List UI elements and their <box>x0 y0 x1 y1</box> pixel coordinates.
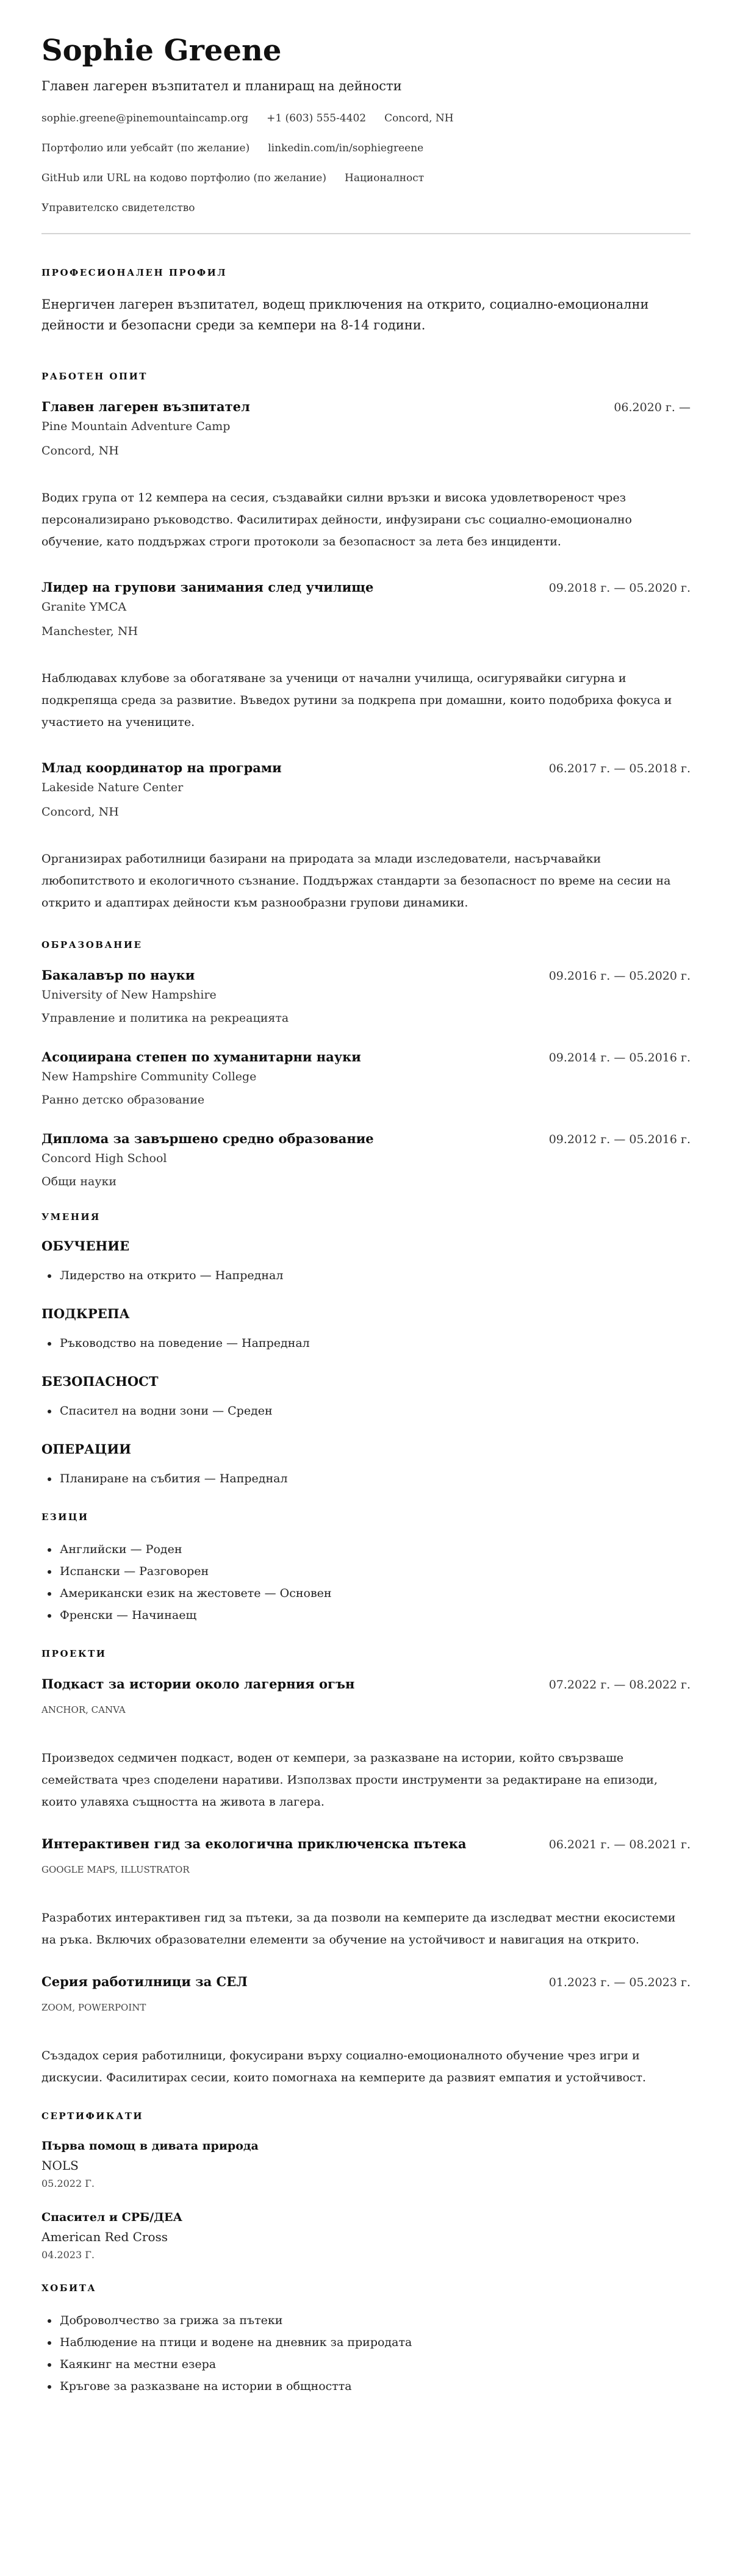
project-dates: 07.2022 г. — 08.2022 г. <box>549 1678 691 1692</box>
job-description: Водих група от 12 кемпера на сесия, създ… <box>41 487 691 553</box>
skill-category: ОПЕРАЦИИ <box>41 1441 691 1457</box>
education-dates: 09.2014 г. — 05.2016 г. <box>549 1051 691 1064</box>
profile-summary: Енергичен лагерен възпитател, водещ прик… <box>41 294 691 335</box>
field-of-study: Общи науки <box>41 1174 691 1189</box>
skill-category: ОБУЧЕНИЕ <box>41 1238 691 1254</box>
job-dates: 06.2020 г. — <box>614 401 691 414</box>
hobby-item: Наблюдение на птици и водене на дневник … <box>59 2331 691 2353</box>
candidate-name: Sophie Greene <box>41 34 691 68</box>
hobby-item: Кръгове за разказване на истории в общно… <box>59 2375 691 2397</box>
project-tech-stack: Anchor, Canva <box>41 1704 691 1715</box>
resume-page: Sophie Greene Главен лагерен възпитател … <box>0 0 732 2444</box>
contact-link[interactable]: sophie.greene@pinemountaincamp.org <box>41 112 248 124</box>
contact-row: Управителско свидетелство <box>41 201 691 215</box>
job-description: Организирах работилници базирани на прир… <box>41 848 691 914</box>
profile-section: Професионален профил Енергичен лагерен в… <box>41 267 691 335</box>
certificates-list: Първа помощ в дивата природаNOLS05.2022 … <box>41 2137 691 2261</box>
certificate-date: 04.2023 г. <box>41 2249 691 2261</box>
resume-header: Sophie Greene Главен лагерен възпитател … <box>41 34 691 215</box>
employer: Granite YMCA <box>41 599 691 615</box>
section-title-languages: Езици <box>41 1512 691 1523</box>
language-item: Френски — Начинаещ <box>59 1604 691 1626</box>
degree-title: Диплома за завършено средно образование <box>41 1130 374 1148</box>
entry-header: Бакалавър по науки09.2016 г. — 05.2020 г… <box>41 966 691 985</box>
certificate-entry: Първа помощ в дивата природаNOLS05.2022 … <box>41 2137 691 2189</box>
job-title: Главен лагерен възпитател <box>41 398 250 416</box>
contact-item: Управителско свидетелство <box>41 202 195 214</box>
job-location: Manchester, NH <box>41 623 691 639</box>
entry-header: Интерактивен гид за екологична приключен… <box>41 1835 691 1853</box>
entry-header: Диплома за завършено средно образование0… <box>41 1130 691 1148</box>
education-entry: Диплома за завършено средно образование0… <box>41 1130 691 1189</box>
experience-entry: Млад координатор на програми06.2017 г. —… <box>41 759 691 914</box>
certificate-date: 05.2022 г. <box>41 2178 691 2189</box>
skill-item: Лидерство на открито — Напреднал <box>59 1265 691 1286</box>
skill-item: Ръководство на поведение — Напреднал <box>59 1332 691 1354</box>
hobbies-section: Хобита Доброволчество за грижа за пътеки… <box>41 2283 691 2397</box>
section-title-certificates: Сертификати <box>41 2111 691 2122</box>
employer: Lakeside Nature Center <box>41 780 691 795</box>
project-description: Създадох серия работилници, фокусирани в… <box>41 2045 691 2089</box>
contact-link[interactable]: linkedin.com/in/sophiegreene <box>268 142 423 154</box>
languages-list: Английски — РоденИспански — РазговоренАм… <box>41 1538 691 1626</box>
skill-items: Лидерство на открито — Напреднал <box>41 1265 691 1286</box>
skill-item: Спасител на водни зони — Среден <box>59 1400 691 1422</box>
section-title-education: Образование <box>41 939 691 950</box>
certificate-entry: Спасител и СРБ/ДЕАAmerican Red Cross04.2… <box>41 2209 691 2261</box>
hobbies-list: Доброволчество за грижа за пътекиНаблюде… <box>41 2309 691 2397</box>
experience-list: Главен лагерен възпитател06.2020 г. —Pin… <box>41 398 691 914</box>
certificate-name: Първа помощ в дивата природа <box>41 2137 691 2154</box>
skill-items: Спасител на водни зони — Среден <box>41 1400 691 1422</box>
entry-header: Главен лагерен възпитател06.2020 г. — <box>41 398 691 416</box>
education-section: Образование Бакалавър по науки09.2016 г.… <box>41 939 691 1189</box>
job-title: Лидер на групови занимания след училище <box>41 578 373 597</box>
job-dates: 09.2018 г. — 05.2020 г. <box>549 581 691 595</box>
education-entry: Асоциирана степен по хуманитарни науки09… <box>41 1048 691 1108</box>
degree-title: Бакалавър по науки <box>41 966 195 985</box>
contact-row: sophie.greene@pinemountaincamp.org+1 (60… <box>41 112 691 125</box>
skills-list: ОБУЧЕНИЕЛидерство на открито — Напреднал… <box>41 1238 691 1490</box>
projects-section: Проекти Подкаст за истории около лагерни… <box>41 1648 691 2089</box>
header-divider <box>41 233 691 234</box>
contact-item: GitHub или URL на кодово портфолио (по ж… <box>41 172 326 184</box>
contact-link[interactable]: +1 (603) 555-4402 <box>267 112 366 124</box>
experience-entry: Главен лагерен възпитател06.2020 г. —Pin… <box>41 398 691 553</box>
entry-header: Серия работилници за СЕЛ01.2023 г. — 05.… <box>41 1973 691 1991</box>
certificate-name: Спасител и СРБ/ДЕА <box>41 2209 691 2226</box>
project-description: Произведох седмичен подкаст, воден от ке… <box>41 1747 691 1813</box>
education-dates: 09.2012 г. — 05.2016 г. <box>549 1133 691 1146</box>
degree-title: Асоциирана степен по хуманитарни науки <box>41 1048 361 1066</box>
field-of-study: Управление и политика на рекреацията <box>41 1010 691 1026</box>
experience-section: Работен опит Главен лагерен възпитател06… <box>41 371 691 914</box>
candidate-headline: Главен лагерен възпитател и планиращ на … <box>41 79 691 93</box>
entry-header: Подкаст за истории около лагерния огън07… <box>41 1675 691 1693</box>
education-entry: Бакалавър по науки09.2016 г. — 05.2020 г… <box>41 966 691 1026</box>
section-title-skills: Умения <box>41 1211 691 1222</box>
school-name: Concord High School <box>41 1150 691 1166</box>
section-title-projects: Проекти <box>41 1648 691 1659</box>
employer: Pine Mountain Adventure Camp <box>41 418 691 434</box>
contact-row: Портфолио или уебсайт (по желание)linked… <box>41 142 691 155</box>
skill-category: БЕЗОПАСНОСТ <box>41 1374 691 1389</box>
education-list: Бакалавър по науки09.2016 г. — 05.2020 г… <box>41 966 691 1189</box>
certificate-issuer: American Red Cross <box>41 2230 691 2244</box>
job-location: Concord, NH <box>41 804 691 820</box>
hobby-item: Каякинг на местни езера <box>59 2353 691 2375</box>
contact-item: Портфолио или уебсайт (по желание) <box>41 142 249 154</box>
entry-header: Асоциирана степен по хуманитарни науки09… <box>41 1048 691 1066</box>
skill-category: ПОДКРЕПА <box>41 1306 691 1321</box>
project-entry: Интерактивен гид за екологична приключен… <box>41 1835 691 1951</box>
job-location: Concord, NH <box>41 443 691 459</box>
project-dates: 01.2023 г. — 05.2023 г. <box>549 1976 691 1989</box>
job-title: Млад координатор на програми <box>41 759 282 777</box>
skill-item: Планиране на събития — Напреднал <box>59 1468 691 1490</box>
entry-header: Лидер на групови занимания след училище0… <box>41 578 691 597</box>
section-title-profile: Професионален профил <box>41 267 691 278</box>
language-item: Американски език на жестовете — Основен <box>59 1582 691 1604</box>
school-name: University of New Hampshire <box>41 987 691 1003</box>
skill-items: Ръководство на поведение — Напреднал <box>41 1332 691 1354</box>
section-title-experience: Работен опит <box>41 371 691 382</box>
contact-item: Concord, NH <box>384 112 453 124</box>
project-dates: 06.2021 г. — 08.2021 г. <box>549 1838 691 1851</box>
skills-section: Умения ОБУЧЕНИЕЛидерство на открито — На… <box>41 1211 691 1490</box>
project-description: Разработих интерактивен гид за пътеки, з… <box>41 1907 691 1951</box>
project-entry: Подкаст за истории около лагерния огън07… <box>41 1675 691 1813</box>
entry-header: Млад координатор на програми06.2017 г. —… <box>41 759 691 777</box>
school-name: New Hampshire Community College <box>41 1069 691 1085</box>
field-of-study: Ранно детско образование <box>41 1092 691 1108</box>
project-name: Серия работилници за СЕЛ <box>41 1973 248 1991</box>
job-description: Наблюдавах клубове за обогатяване за уче… <box>41 667 691 733</box>
project-entry: Серия работилници за СЕЛ01.2023 г. — 05.… <box>41 1973 691 2089</box>
education-dates: 09.2016 г. — 05.2020 г. <box>549 969 691 983</box>
contact-row: GitHub или URL на кодово портфолио (по ж… <box>41 171 691 185</box>
language-item: Английски — Роден <box>59 1538 691 1560</box>
section-title-hobbies: Хобита <box>41 2283 691 2294</box>
contact-item: Националност <box>345 172 424 184</box>
contact-info: sophie.greene@pinemountaincamp.org+1 (60… <box>41 112 691 215</box>
skill-items: Планиране на събития — Напреднал <box>41 1468 691 1490</box>
job-dates: 06.2017 г. — 05.2018 г. <box>549 762 691 775</box>
projects-list: Подкаст за истории около лагерния огън07… <box>41 1675 691 2089</box>
languages-section: Езици Английски — РоденИспански — Разгов… <box>41 1512 691 1626</box>
project-tech-stack: Zoom, PowerPoint <box>41 2002 691 2013</box>
certificate-issuer: NOLS <box>41 2158 691 2173</box>
language-item: Испански — Разговорен <box>59 1560 691 1582</box>
hobby-item: Доброволчество за грижа за пътеки <box>59 2309 691 2331</box>
project-tech-stack: Google Maps, Illustrator <box>41 1864 691 1875</box>
project-name: Подкаст за истории около лагерния огън <box>41 1675 354 1693</box>
project-name: Интерактивен гид за екологична приключен… <box>41 1835 467 1853</box>
experience-entry: Лидер на групови занимания след училище0… <box>41 578 691 733</box>
certificates-section: Сертификати Първа помощ в дивата природа… <box>41 2111 691 2261</box>
